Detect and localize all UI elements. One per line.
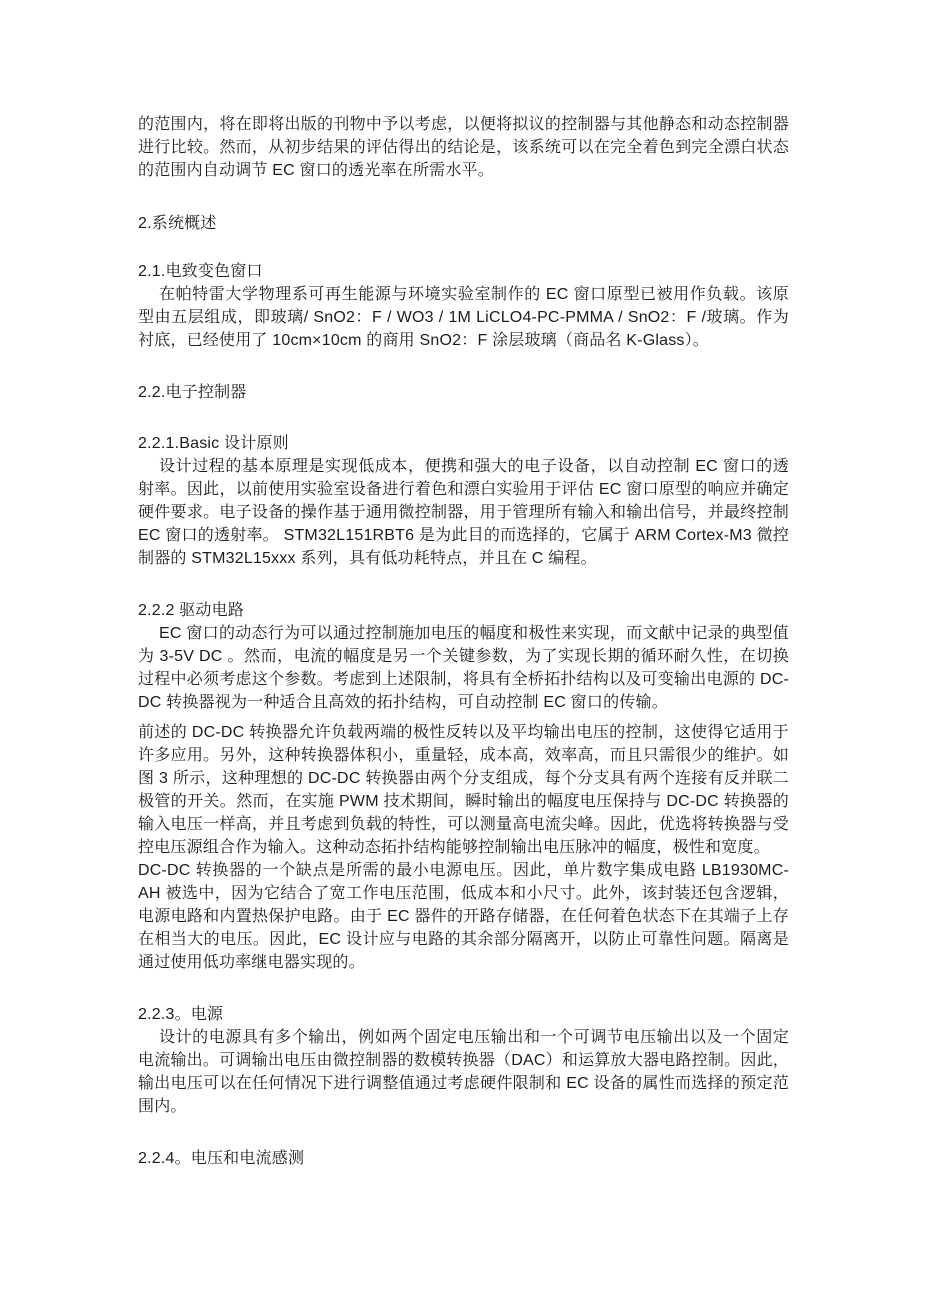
heading-system-overview: 2.系统概述	[138, 212, 789, 235]
paragraph-power-supply: 设计的电源具有多个输出，例如两个固定电压输出和一个可调节电压输出以及一个固定电流…	[138, 1026, 789, 1118]
heading-electrochromic-window: 2.1.电致变色窗口	[138, 260, 789, 283]
paragraph-driving-circuit-drawback: DC-DC 转换器的一个缺点是所需的最小电源电压。因此，单片数字集成电路 LB1…	[138, 859, 789, 974]
paragraph-intro: 的范围内，将在即将出版的刊物中予以考虑，以便将拟议的控制器与其他静态和动态控制器…	[138, 113, 789, 182]
paragraph-design-principles: 设计过程的基本原理是实现低成本，便携和强大的电子设备，以自动控制 EC 窗口的透…	[138, 455, 789, 570]
heading-voltage-current-sensing: 2.2.4。电压和电流感测	[138, 1147, 789, 1170]
heading-basic-design-principles: 2.2.1.Basic 设计原则	[138, 432, 789, 455]
document-page: 的范围内，将在即将出版的刊物中予以考虑，以便将拟议的控制器与其他静态和动态控制器…	[0, 0, 926, 1309]
paragraph-driving-circuit-converter: 前述的 DC-DC 转换器允许负载两端的极性反转以及平均输出电压的控制，这使得它…	[138, 721, 789, 859]
heading-electronic-controller: 2.2.电子控制器	[138, 381, 789, 404]
paragraph-ec-window: 在帕特雷大学物理系可再生能源与环境实验室制作的 EC 窗口原型已被用作负载。该原…	[138, 283, 789, 352]
paragraph-driving-circuit-behavior: EC 窗口的动态行为可以通过控制施加电压的幅度和极性来实现，而文献中记录的典型值…	[138, 622, 789, 714]
heading-driving-circuit: 2.2.2 驱动电路	[138, 599, 789, 622]
heading-power-supply: 2.2.3。电源	[138, 1003, 789, 1026]
